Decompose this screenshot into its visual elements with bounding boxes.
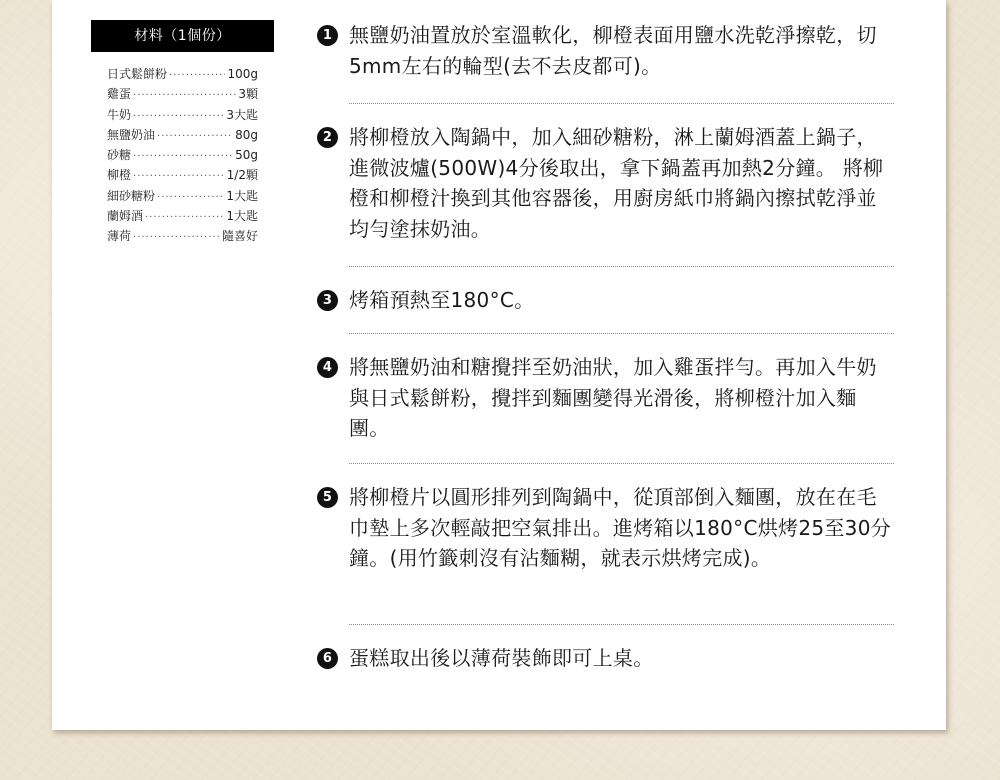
ingredient-name: 柳橙: [107, 166, 131, 184]
recipe-card: 材料（1個份） 日式鬆餅粉 100g 雞蛋 3顆 牛奶 3大匙 無鹽奶油 80g: [52, 0, 946, 730]
dot-leader: [169, 67, 225, 85]
step-number-badge: 2: [317, 127, 338, 148]
step-number-badge: 4: [317, 357, 338, 378]
ingredient-name: 砂糖: [107, 146, 131, 164]
step-1: 1 無鹽奶油置放於室溫軟化，柳橙表面用鹽水洗乾淨擦乾，切5mm左右的輪型(去不去…: [317, 20, 897, 81]
step-number-badge: 3: [317, 290, 338, 311]
ingredient-amount: 80g: [235, 126, 258, 144]
ingredients-header: 材料（1個份）: [91, 20, 274, 52]
dot-leader: [157, 128, 233, 146]
dot-leader: [133, 87, 236, 105]
ingredients-list: 日式鬆餅粉 100g 雞蛋 3顆 牛奶 3大匙 無鹽奶油 80g 砂糖: [107, 65, 258, 248]
step-text: 蛋糕取出後以薄荷裝飾即可上桌。: [349, 646, 654, 670]
ingredient-amount: 1/2顆: [227, 166, 258, 184]
ingredient-name: 細砂糖粉: [107, 187, 155, 205]
ingredient-item: 蘭姆酒 1大匙: [107, 207, 258, 227]
ingredient-name: 薄荷: [107, 227, 131, 245]
ingredient-name: 牛奶: [107, 106, 131, 124]
ingredient-item: 砂糖 50g: [107, 146, 258, 166]
dot-leader: [133, 148, 233, 166]
ingredient-item: 雞蛋 3顆: [107, 85, 258, 105]
step-4: 4 將無鹽奶油和糖攪拌至奶油狀，加入雞蛋拌勻。再加入牛奶與日式鬆餅粉，攪拌到麵團…: [317, 352, 897, 444]
step-text: 無鹽奶油置放於室溫軟化，柳橙表面用鹽水洗乾淨擦乾，切5mm左右的輪型(去不去皮都…: [349, 23, 877, 78]
ingredient-amount: 100g: [227, 65, 258, 83]
ingredient-name: 蘭姆酒: [107, 207, 143, 225]
ingredient-amount: 50g: [235, 146, 258, 164]
dotted-divider: [349, 266, 894, 267]
ingredient-name: 日式鬆餅粉: [107, 65, 167, 83]
step-number-badge: 1: [317, 25, 338, 46]
ingredient-item: 牛奶 3大匙: [107, 106, 258, 126]
dot-leader: [145, 209, 224, 227]
dot-leader: [157, 189, 224, 207]
step-text: 烤箱預熱至180°C。: [349, 288, 534, 312]
ingredient-item: 日式鬆餅粉 100g: [107, 65, 258, 85]
ingredient-name: 無鹽奶油: [107, 126, 155, 144]
steps-list: 1 無鹽奶油置放於室溫軟化，柳橙表面用鹽水洗乾淨擦乾，切5mm左右的輪型(去不去…: [317, 20, 897, 674]
step-text: 將柳橙片以圓形排列到陶鍋中，從頂部倒入麵團，放在在毛巾墊上多次輕敲把空氣排出。進…: [349, 485, 891, 570]
ingredient-item: 薄荷 隨喜好: [107, 227, 258, 247]
ingredient-amount: 3大匙: [226, 106, 258, 124]
dot-leader: [133, 229, 220, 247]
step-number-badge: 5: [317, 487, 338, 508]
step-2: 2 將柳橙放入陶鍋中，加入細砂糖粉，淋上蘭姆酒蓋上鍋子，進微波爐(500W)4分…: [317, 122, 897, 244]
ingredient-item: 無鹽奶油 80g: [107, 126, 258, 146]
ingredient-item: 柳橙 1/2顆: [107, 166, 258, 186]
step-number-badge: 6: [317, 648, 338, 669]
step-text: 將柳橙放入陶鍋中，加入細砂糖粉，淋上蘭姆酒蓋上鍋子，進微波爐(500W)4分後取…: [349, 125, 883, 241]
dot-leader: [133, 168, 225, 186]
step-3: 3 烤箱預熱至180°C。: [317, 285, 897, 316]
dotted-divider: [349, 103, 894, 104]
ingredient-amount: 3顆: [238, 85, 258, 103]
dot-leader: [133, 108, 224, 126]
ingredient-name: 雞蛋: [107, 85, 131, 103]
step-5: 5 將柳橙片以圓形排列到陶鍋中，從頂部倒入麵團，放在在毛巾墊上多次輕敲把空氣排出…: [317, 482, 897, 604]
ingredient-amount: 1大匙: [226, 207, 258, 225]
dotted-divider: [349, 463, 894, 464]
ingredient-amount: 1大匙: [226, 187, 258, 205]
dotted-divider: [349, 624, 894, 625]
dotted-divider: [349, 333, 894, 334]
ingredient-amount: 隨喜好: [222, 227, 258, 245]
ingredients-panel: 材料（1個份） 日式鬆餅粉 100g 雞蛋 3顆 牛奶 3大匙 無鹽奶油 80g: [91, 20, 274, 248]
ingredient-item: 細砂糖粉 1大匙: [107, 187, 258, 207]
step-6: 6 蛋糕取出後以薄荷裝飾即可上桌。: [317, 643, 897, 674]
step-text: 將無鹽奶油和糖攪拌至奶油狀，加入雞蛋拌勻。再加入牛奶與日式鬆餅粉，攪拌到麵團變得…: [349, 355, 877, 440]
